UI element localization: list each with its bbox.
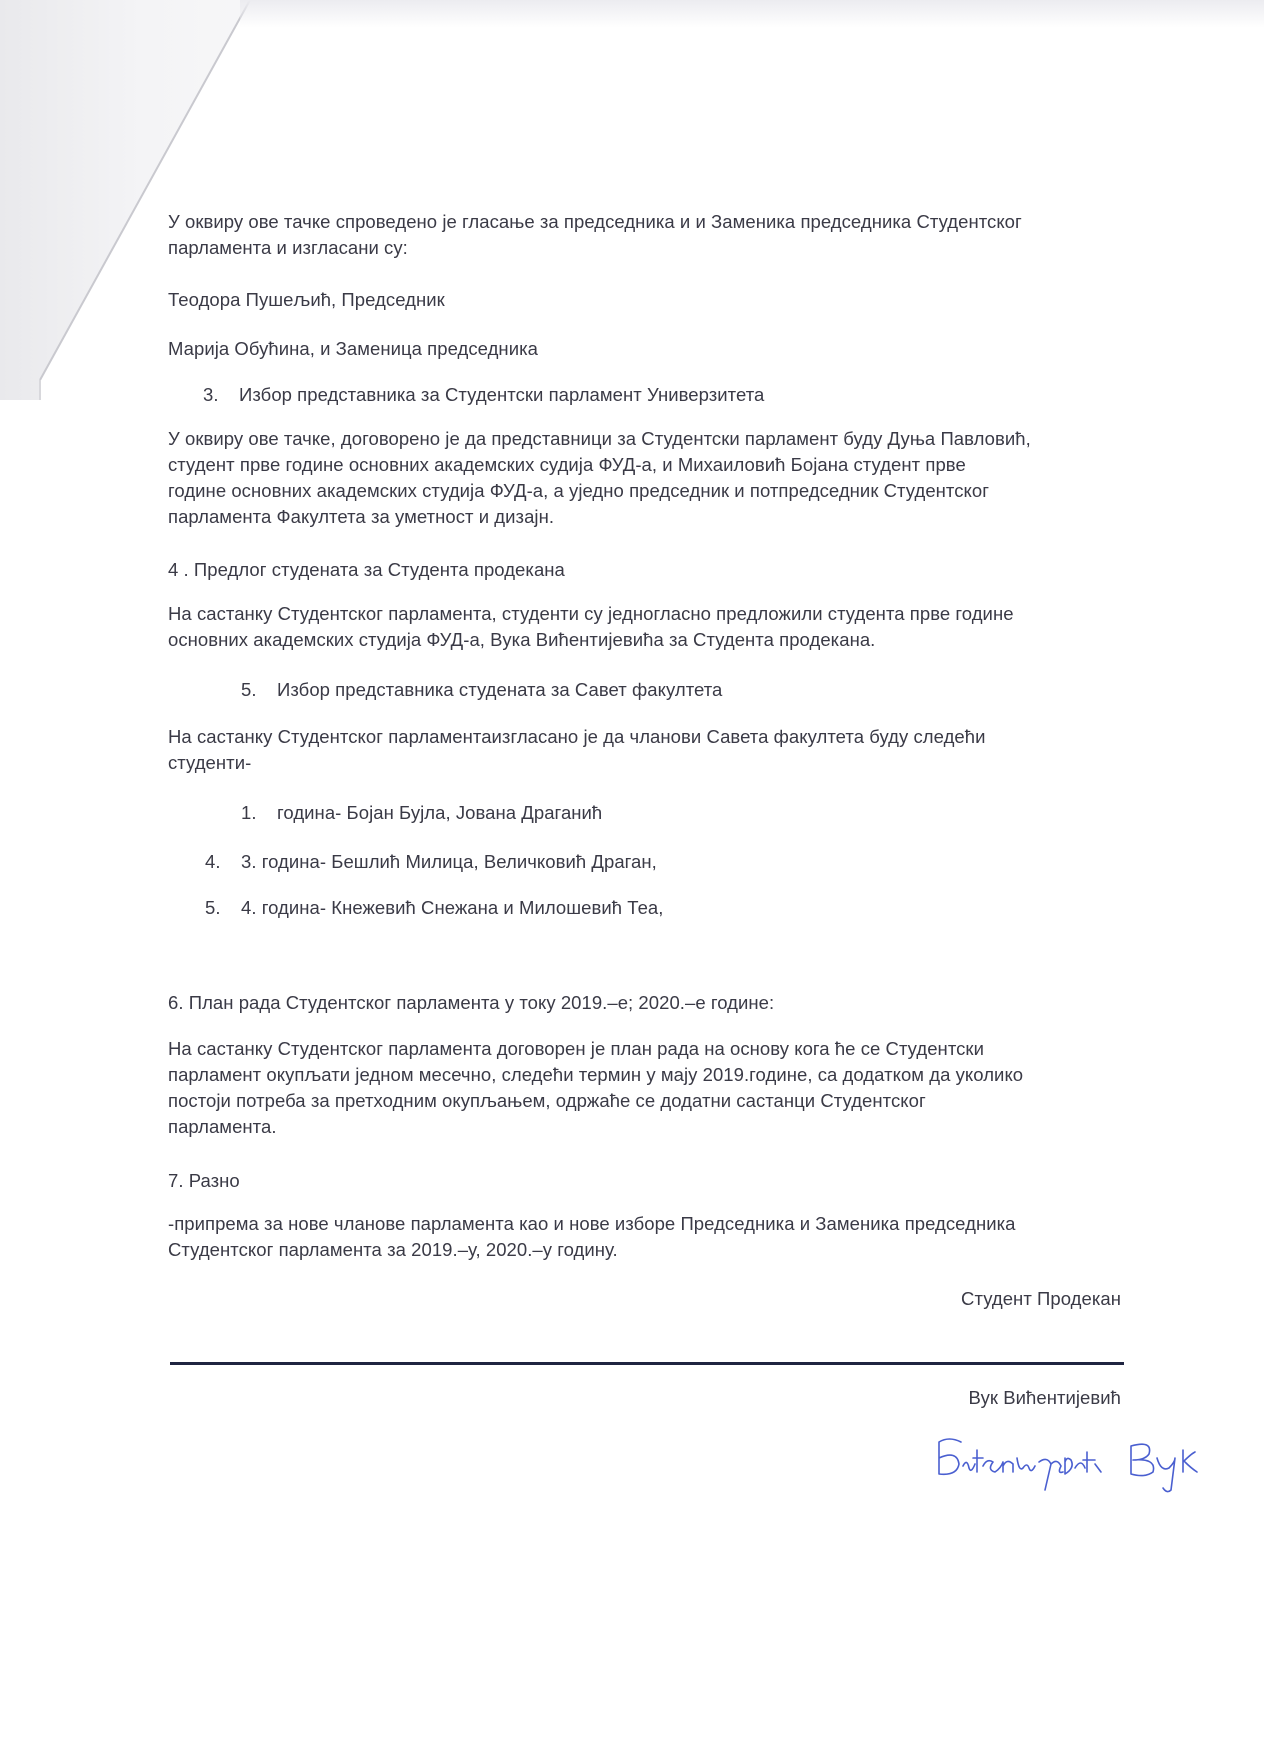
list-number: 5. bbox=[241, 677, 277, 703]
agenda-item-3-heading: 3.Избор представника за Студентски парла… bbox=[203, 382, 764, 408]
scan-top-shade bbox=[240, 0, 1264, 28]
agenda-item-title: Избор представника за Студентски парламе… bbox=[239, 384, 764, 405]
paragraph-item6-line-4: парламента. bbox=[168, 1114, 277, 1140]
list-marker: 4. bbox=[205, 849, 241, 875]
elected-president: Теодора Пушељић, Председник bbox=[168, 287, 445, 313]
signatory-name: Вук Вићентијевић bbox=[968, 1385, 1121, 1411]
agenda-item-5-heading: 5.Избор представника студената за Савет … bbox=[241, 677, 722, 703]
paragraph-item6-line-3: постоји потреба за претходним окупљањем,… bbox=[168, 1088, 926, 1114]
list-item-text: година- Бојан Бујла, Јована Драганић bbox=[277, 802, 602, 823]
council-list-item: 5.4. година- Кнежевић Снежана и Милошеви… bbox=[205, 895, 663, 921]
agenda-item-7-heading: 7. Разно bbox=[168, 1168, 240, 1194]
paragraph-item6-line-1: На састанку Студентског парламента догов… bbox=[168, 1036, 984, 1062]
paragraph-item3-line-1: У оквиру ове тачке, договорено је да пре… bbox=[168, 426, 1031, 452]
paragraph-voting-line-1: У оквиру ове тачке спроведено је гласање… bbox=[168, 209, 1022, 235]
signature-line bbox=[170, 1362, 1124, 1365]
signatory-role: Студент Продекан bbox=[961, 1286, 1121, 1312]
list-marker: 1. bbox=[241, 800, 277, 826]
elected-vice-president: Марија Обућина, и Заменица председника bbox=[168, 336, 538, 362]
handwritten-signature bbox=[935, 1428, 1235, 1498]
council-list-item: 1.година- Бојан Бујла, Јована Драганић bbox=[241, 800, 602, 826]
paragraph-item5-line-2: студенти- bbox=[168, 750, 251, 776]
paragraph-item4-line-1: На састанку Студентског парламента, студ… bbox=[168, 601, 1014, 627]
paragraph-item3-line-4: парламента Факултета за уметност и дизај… bbox=[168, 504, 554, 530]
agenda-item-6-heading: 6. План рада Студентског парламента у то… bbox=[168, 990, 774, 1016]
paragraph-item3-line-3: године основних академских студија ФУД-а… bbox=[168, 478, 989, 504]
paragraph-item7-line-2: Студентског парламента за 2019.–у, 2020.… bbox=[168, 1237, 618, 1263]
scanned-page: У оквиру ове тачке спроведено је гласање… bbox=[0, 0, 1264, 1752]
paragraph-item3-line-2: студент прве године основних академских … bbox=[168, 452, 966, 478]
list-item-text: 4. година- Кнежевић Снежана и Милошевић … bbox=[241, 897, 663, 918]
paragraph-item6-line-2: парламент окупљати једном месечно, следе… bbox=[168, 1062, 1023, 1088]
list-marker: 5. bbox=[205, 895, 241, 921]
list-item-text: 3. година- Бешлић Милица, Величковић Дра… bbox=[241, 851, 657, 872]
paragraph-voting-line-2: парламента и изгласани су: bbox=[168, 235, 408, 261]
council-list-item: 4.3. година- Бешлић Милица, Величковић Д… bbox=[205, 849, 657, 875]
paragraph-item5-line-1: На састанку Студентског парламентаизглас… bbox=[168, 724, 985, 750]
list-number: 3. bbox=[203, 382, 239, 408]
paragraph-item7-line-1: -припрема за нове чланове парламента као… bbox=[168, 1211, 1016, 1237]
agenda-item-4-heading: 4 . Предлог студената за Студента продек… bbox=[168, 557, 565, 583]
agenda-item-title: Избор представника студената за Савет фа… bbox=[277, 679, 722, 700]
paragraph-item4-line-2: основних академских студија ФУД-а, Вука … bbox=[168, 627, 875, 653]
